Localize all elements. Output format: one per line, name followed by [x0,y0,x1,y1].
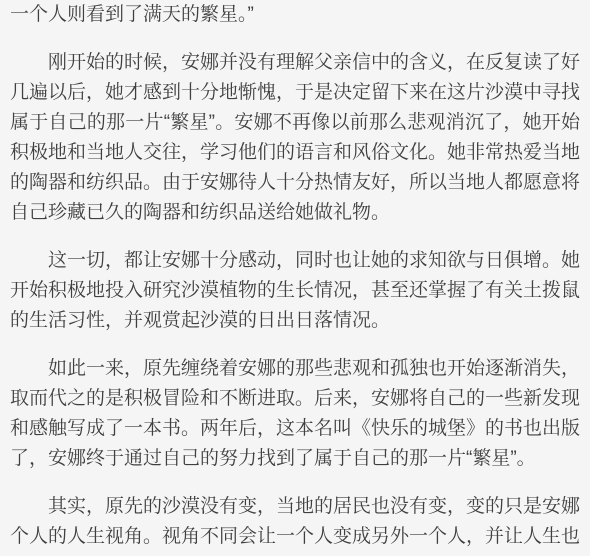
paragraph: 这一切，都让安娜十分感动，同时也让她的求知欲与日俱增。她开始积极地投入研究沙漠植… [10,246,580,336]
paragraph: 如此一来，原先缠绕着安娜的那些悲观和孤独也开始逐渐消失，取而代之的是积极冒险和不… [10,354,580,474]
paragraph-cutoff: 其实，原先的沙漠没有变，当地的居民也没有变，变的只是安娜个人的人生视角。视角不同… [10,492,580,552]
paragraph: 刚开始的时候，安娜并没有理解父亲信中的含义，在反复读了好几遍以后，她才感到十分地… [10,48,580,228]
paragraph-continuation: 一个人则看到了满天的繁星。” [10,0,580,30]
reader-page: 一个人则看到了满天的繁星。” 刚开始的时候，安娜并没有理解父亲信中的含义，在反复… [0,0,590,556]
